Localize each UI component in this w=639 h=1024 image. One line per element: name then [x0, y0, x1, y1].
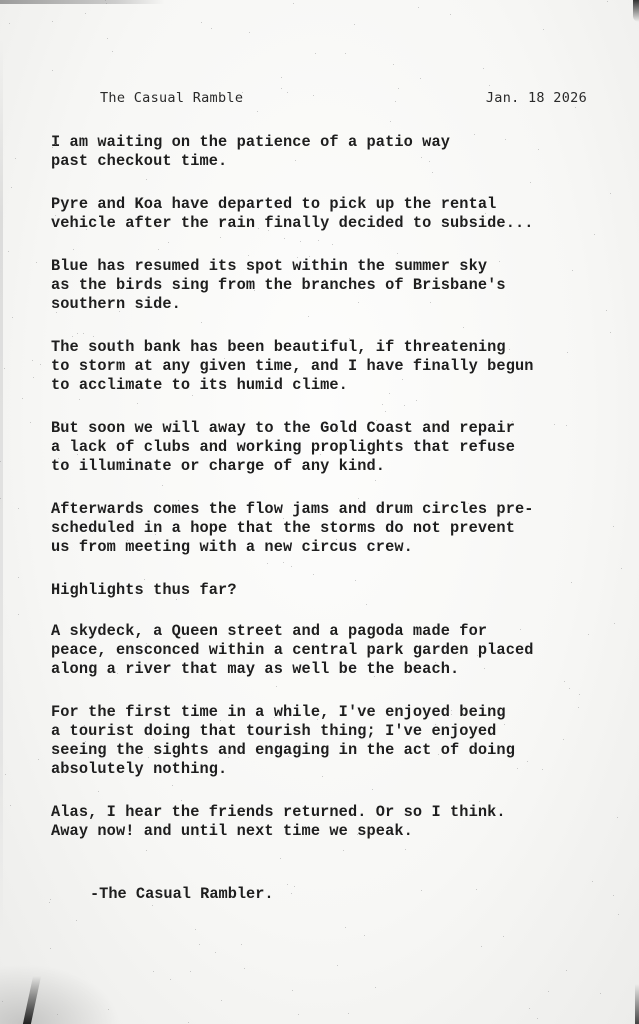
page-edge-shadow [0, 964, 120, 1024]
paragraph: Blue has resumed its spot within the sum… [51, 257, 611, 314]
paper-speck [575, 107, 576, 108]
paper-speck [481, 946, 482, 947]
paper-speck [55, 215, 56, 216]
paper-speck [11, 187, 12, 188]
paper-speck [542, 769, 543, 770]
paper-speck [554, 424, 555, 425]
paper-speck [162, 485, 163, 486]
paper-speck [366, 604, 367, 605]
paper-speck [606, 310, 607, 311]
paper-speck [315, 53, 316, 54]
paper-speck [146, 179, 147, 180]
paper-speck [393, 64, 394, 65]
paper-speck [170, 979, 171, 980]
paper-speck [137, 403, 138, 404]
paper-speck [430, 302, 431, 303]
paper-speck [22, 398, 23, 399]
paper-speck [112, 51, 113, 52]
paper-speck [153, 971, 154, 972]
paragraph: But soon we will away to the Gold Coast … [51, 419, 611, 476]
paper-speck [171, 368, 172, 369]
document-body: I am waiting on the patience of a patio … [51, 133, 611, 865]
paper-speck [58, 458, 59, 459]
paper-speck [621, 568, 622, 569]
paper-speck [256, 522, 257, 523]
paper-speck [548, 991, 549, 992]
paper-speck [594, 234, 595, 235]
paper-speck [600, 993, 601, 994]
paper-speck [313, 95, 314, 96]
paper-speck [485, 213, 486, 214]
paper-speck [320, 454, 321, 455]
paper-speck [429, 161, 430, 162]
paper-speck [435, 662, 436, 663]
paper-speck [144, 579, 145, 580]
paper-speck [337, 431, 338, 432]
paper-speck [201, 322, 202, 323]
paper-speck [79, 399, 80, 400]
paper-speck [450, 14, 451, 15]
paper-speck [298, 1014, 299, 1015]
paper-speck [205, 163, 206, 164]
paper-speck [308, 316, 309, 317]
paper-speck [0, 498, 1, 499]
paper-speck [5, 774, 6, 775]
paper-speck [354, 24, 355, 25]
paper-speck [106, 3, 107, 4]
paper-speck [105, 0, 106, 1]
paper-speck [81, 745, 82, 746]
paper-speck [458, 654, 459, 655]
paper-speck [420, 78, 421, 79]
paper-speck [57, 361, 58, 362]
paper-speck [451, 710, 452, 711]
paper-speck [358, 498, 359, 499]
paper-speck [578, 707, 579, 708]
paper-speck [566, 425, 567, 426]
paper-speck [152, 905, 153, 906]
paper-speck [199, 944, 200, 945]
paper-speck [195, 929, 196, 930]
paper-speck [9, 23, 10, 24]
paper-speck [337, 965, 338, 966]
paper-speck [291, 566, 292, 567]
paper-speck [569, 688, 570, 689]
paper-speck [281, 88, 282, 89]
paper-speck [50, 899, 51, 900]
paper-speck [588, 634, 589, 635]
paragraph: Pyre and Koa have departed to pick up th… [51, 195, 611, 233]
paper-speck [52, 147, 53, 148]
paper-speck [65, 464, 66, 465]
paper-speck [404, 405, 405, 406]
paper-speck [293, 528, 294, 529]
paper-speck [158, 249, 159, 250]
paper-speck [355, 580, 356, 581]
paper-speck [93, 336, 94, 337]
paper-speck [385, 411, 386, 412]
paper-speck [572, 270, 573, 271]
paper-speck [147, 303, 148, 304]
paper-speck [405, 849, 406, 850]
paper-speck [284, 238, 285, 239]
paper-speck [363, 220, 364, 221]
paper-speck [4, 368, 5, 369]
document-title: The Casual Ramble [100, 90, 243, 106]
paper-speck [571, 582, 572, 583]
paper-speck [283, 518, 284, 519]
paper-speck [199, 836, 200, 837]
paper-speck [345, 53, 346, 54]
paper-speck [55, 144, 56, 145]
paper-speck [613, 895, 614, 896]
signature: -The Casual Rambler. [90, 885, 274, 903]
paragraph: A skydeck, a Queen street and a pagoda m… [51, 622, 611, 679]
paper-speck [313, 574, 314, 575]
paper-speck [291, 893, 292, 894]
paper-speck [432, 172, 433, 173]
paper-speck [451, 714, 452, 715]
paper-speck [382, 404, 383, 405]
paper-speck [287, 92, 288, 93]
paper-speck [389, 393, 390, 394]
paper-speck [220, 645, 221, 646]
paper-speck [33, 377, 34, 378]
paragraph: The south bank has been beautiful, if th… [51, 338, 611, 395]
paper-speck [117, 673, 118, 674]
paper-speck [421, 157, 422, 158]
paper-speck [267, 563, 268, 564]
paper-speck [435, 724, 436, 725]
paper-speck [153, 739, 154, 740]
paper-speck [336, 539, 337, 540]
paper-speck [357, 834, 358, 835]
paper-speck [288, 449, 289, 450]
paper-speck [72, 336, 73, 337]
paper-speck [190, 971, 191, 972]
paper-speck [220, 237, 221, 238]
paper-speck [57, 1014, 58, 1015]
paper-speck [244, 968, 245, 969]
paper-speck [68, 508, 69, 509]
paper-speck [348, 1013, 349, 1014]
paper-speck [567, 352, 568, 353]
paper-speck [219, 427, 220, 428]
paper-speck [107, 38, 108, 39]
paper-speck [76, 920, 77, 921]
paper-speck [127, 540, 128, 541]
paper-speck [372, 789, 373, 790]
paper-speck [512, 421, 513, 422]
paper-speck [375, 987, 376, 988]
paper-speck [393, 441, 394, 442]
paper-speck [375, 480, 376, 481]
paper-speck [77, 333, 78, 334]
paper-speck [610, 193, 611, 194]
paper-speck [468, 503, 469, 504]
paper-speck [280, 386, 281, 387]
paper-speck [504, 724, 505, 725]
paper-speck [83, 333, 84, 334]
paper-speck [538, 149, 539, 150]
paper-speck [128, 745, 129, 746]
paper-speck [376, 420, 377, 421]
paper-speck [59, 506, 60, 507]
paper-speck [85, 13, 86, 14]
paper-speck [168, 242, 169, 243]
paper-speck [15, 158, 16, 159]
paper-speck [288, 756, 289, 757]
paper-speck [18, 508, 19, 509]
paper-speck [374, 676, 375, 677]
paper-speck [36, 262, 37, 263]
paper-speck [607, 1, 608, 2]
paper-speck [206, 366, 207, 367]
paper-speck [249, 32, 250, 33]
paper-speck [395, 101, 396, 102]
paper-speck [317, 545, 318, 546]
paper-speck [18, 614, 19, 615]
paper-speck [176, 361, 177, 362]
paper-speck [176, 599, 177, 600]
paper-speck [86, 229, 87, 230]
paper-speck [503, 936, 504, 937]
paper-speck [563, 739, 564, 740]
paper-speck [483, 68, 484, 69]
paper-speck [618, 914, 619, 915]
paper-speck [146, 850, 147, 851]
paper-speck [287, 884, 288, 885]
paper-speck [32, 360, 33, 361]
paper-speck [10, 805, 11, 806]
paper-speck [77, 454, 78, 455]
paper-speck [85, 741, 86, 742]
paper-speck [397, 253, 398, 254]
paragraph: I am waiting on the patience of a patio … [51, 133, 611, 171]
paper-speck [52, 70, 53, 71]
paper-speck [345, 927, 346, 928]
paper-speck [172, 785, 173, 786]
paper-speck [592, 881, 593, 882]
paper-speck [274, 717, 275, 718]
paper-speck [543, 29, 544, 30]
paper-speck [416, 400, 417, 401]
paper-speck [280, 858, 281, 859]
paper-speck [537, 1018, 538, 1019]
paper-speck [429, 287, 430, 288]
paper-speck [213, 343, 214, 344]
paper-speck [305, 424, 306, 425]
paper-speck [220, 720, 221, 721]
paper-speck [617, 817, 618, 818]
paper-speck [322, 776, 323, 777]
page-edge-shadow [0, 40, 3, 940]
paper-speck [294, 886, 295, 887]
paper-speck [537, 96, 538, 97]
paper-speck [349, 338, 350, 339]
paper-speck [517, 768, 518, 769]
paper-speck [566, 970, 567, 971]
paper-speck [84, 725, 85, 726]
paper-speck [332, 244, 333, 245]
paper-speck [530, 182, 531, 183]
paragraph: Afterwards comes the flow jams and drum … [51, 500, 611, 557]
paper-speck [215, 952, 216, 953]
paper-speck [474, 134, 475, 135]
paper-speck [476, 889, 477, 890]
paper-speck [178, 500, 179, 501]
paper-speck [380, 146, 381, 147]
paper-speck [148, 757, 149, 758]
paper-speck [201, 22, 202, 23]
paper-speck [38, 759, 39, 760]
paper-speck [610, 332, 611, 333]
paper-speck [228, 757, 229, 758]
paper-speck [276, 686, 277, 687]
paper-speck [477, 655, 478, 656]
document-header: The Casual Ramble Jan. 18 2026 [100, 90, 587, 106]
typewritten-page: The Casual Ramble Jan. 18 2026 I am wait… [0, 0, 639, 1024]
paper-speck [421, 890, 422, 891]
paper-speck [119, 311, 120, 312]
paper-speck [390, 121, 391, 122]
paper-speck [241, 944, 242, 945]
paper-speck [529, 1008, 530, 1009]
paper-speck [614, 623, 615, 624]
paper-speck [297, 257, 298, 258]
paper-speck [358, 302, 359, 303]
paper-speck [257, 111, 258, 112]
paper-speck [108, 1009, 109, 1010]
paragraph: Highlights thus far? [51, 581, 611, 600]
paper-speck [343, 850, 344, 851]
paper-speck [489, 85, 490, 86]
paper-speck [293, 3, 294, 4]
paper-speck [79, 812, 80, 813]
paper-speck [318, 240, 319, 241]
paper-speck [281, 77, 282, 78]
paper-speck [258, 228, 259, 229]
paper-speck [438, 754, 439, 755]
paper-speck [56, 312, 57, 313]
paper-speck [221, 1000, 222, 1001]
paper-speck [398, 88, 399, 89]
paper-speck [8, 251, 9, 252]
paper-speck [188, 1022, 189, 1023]
paper-speck [242, 92, 243, 93]
paper-speck [224, 358, 225, 359]
paper-speck [108, 815, 109, 816]
paper-speck [283, 562, 284, 563]
paper-speck [211, 28, 212, 29]
paper-speck [40, 364, 41, 365]
paper-speck [499, 261, 500, 262]
paper-speck [309, 256, 310, 257]
paper-speck [479, 801, 480, 802]
paper-speck [30, 422, 31, 423]
paper-speck [402, 379, 403, 380]
paper-speck [613, 526, 614, 527]
paper-speck [317, 719, 318, 720]
paper-speck [520, 629, 521, 630]
paper-speck [295, 160, 296, 161]
paper-speck [12, 317, 13, 318]
paper-speck [146, 643, 147, 644]
paper-speck [248, 255, 249, 256]
paper-speck [73, 249, 74, 250]
paper-speck [579, 694, 580, 695]
paper-speck [50, 948, 51, 949]
paper-speck [54, 167, 55, 168]
paper-speck [245, 809, 246, 810]
paper-speck [505, 139, 506, 140]
paper-speck [374, 451, 375, 452]
page-edge-shadow [0, 0, 165, 4]
page-edge-shadow [633, 0, 639, 22]
document-date: Jan. 18 2026 [486, 90, 587, 106]
paper-speck [49, 902, 50, 903]
paper-speck [0, 461, 1, 462]
paragraph: For the first time in a while, I've enjo… [51, 703, 611, 779]
paper-speck [2, 1001, 3, 1002]
paper-speck [509, 349, 510, 350]
paper-speck [52, 21, 53, 22]
paper-speck [18, 577, 19, 578]
paper-speck [343, 285, 344, 286]
paper-speck [484, 668, 485, 669]
paper-speck [527, 761, 528, 762]
paper-speck [423, 510, 424, 511]
paper-speck [65, 422, 66, 423]
paper-speck [498, 709, 499, 710]
paper-speck [364, 935, 365, 936]
paper-speck [564, 681, 565, 682]
paper-speck [155, 534, 156, 535]
page-edge-shadow [635, 984, 639, 1024]
paper-speck [268, 230, 269, 231]
paper-speck [280, 507, 281, 508]
paper-speck [418, 7, 419, 8]
paper-speck [292, 990, 293, 991]
paper-speck [98, 791, 99, 792]
paper-speck [192, 395, 193, 396]
paper-speck [463, 327, 464, 328]
paper-speck [300, 241, 301, 242]
paragraph: Alas, I hear the friends returned. Or so… [51, 803, 611, 841]
paper-speck [254, 290, 255, 291]
paper-speck [181, 800, 182, 801]
